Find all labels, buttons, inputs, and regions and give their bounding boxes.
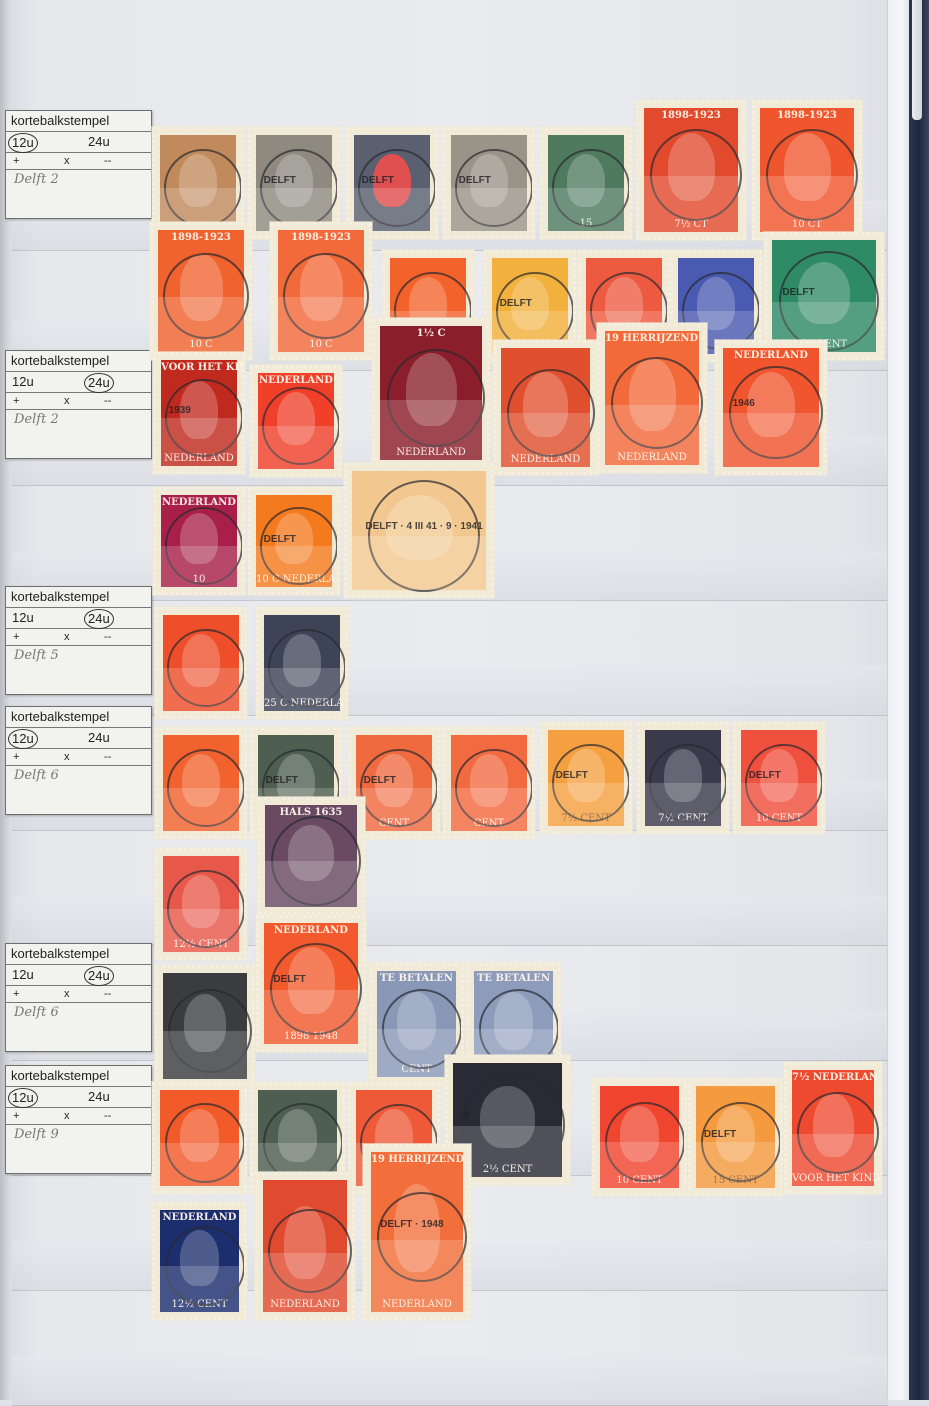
hour-24-option: 24u	[84, 373, 114, 393]
label-title: kortebalkstempel	[6, 111, 151, 132]
postmark-text: DELFT	[362, 175, 394, 186]
label-title: kortebalkstempel	[6, 351, 151, 372]
plus-mark: +	[13, 154, 19, 168]
stamp[interactable]: 1898-192310 CT	[752, 100, 862, 240]
sleeve-glare	[645, 783, 721, 826]
stamp-design: 15 CENTDELFT	[696, 1086, 775, 1188]
sleeve-glare	[264, 668, 340, 711]
sleeve-glare	[600, 1142, 679, 1188]
dash-mark: --	[104, 987, 111, 1001]
handwritten-note: Delft 5	[6, 646, 151, 694]
stamp-top-text: 1898-1923	[278, 232, 364, 243]
stamp-album-page: kortebalkstempel12u24u+x--Delft 2korteba…	[0, 0, 929, 1400]
plus-mark: +	[13, 394, 19, 408]
dash-mark: --	[104, 750, 111, 764]
stamp-top-text: NEDERLAND	[160, 1212, 239, 1223]
sleeve-glare	[163, 788, 239, 831]
postmark-text: DELFT	[266, 775, 298, 786]
label-title: kortebalkstempel	[6, 707, 151, 728]
stamp[interactable]	[152, 1082, 247, 1194]
postmark-text: DELFT	[273, 974, 305, 985]
postmark-text: DELFT · 1948	[380, 1219, 443, 1230]
hour-12-option: 12u	[8, 1088, 38, 1108]
x-mark: x	[64, 394, 70, 408]
stamp-design: DELFT	[451, 135, 527, 231]
x-mark: x	[64, 154, 70, 168]
sleeve-glare	[548, 188, 624, 231]
sleeve-glare	[258, 426, 334, 469]
sleeve-glare	[163, 1031, 247, 1079]
hour-24-option: 24u	[88, 729, 110, 747]
sleeve-glare	[723, 413, 819, 467]
stamp-design: DELFT	[256, 135, 332, 231]
stamp[interactable]: 7½ NEDERLAND 7½VOOR HET KIND	[784, 1062, 882, 1194]
stamp[interactable]: NEDERLAND10	[153, 487, 245, 595]
stamp[interactable]: NEDERLAND	[255, 1172, 355, 1320]
stamp-design: 15	[548, 135, 624, 231]
stamp-design: DELFT	[354, 135, 430, 231]
stamp[interactable]: 7½ CENT	[637, 722, 729, 834]
stamp[interactable]: NEDERLAND1946	[715, 340, 827, 475]
stamp-design: 7½ CENTDELFT	[548, 730, 624, 826]
stamp[interactable]: NEDERLAND12½ CENT	[152, 1202, 247, 1320]
stamp-design	[163, 735, 239, 831]
sleeve-glare	[371, 1240, 463, 1312]
x-mark: x	[64, 1109, 70, 1123]
sleeve-glare	[278, 297, 364, 352]
stamp[interactable]: NEDERLAND	[250, 365, 342, 477]
postmark-text: 9	[464, 1111, 470, 1122]
stamp-design: NEDERLAND	[263, 1180, 347, 1312]
stamp-top-text: 1898-1923	[644, 110, 738, 121]
sleeve-glare	[792, 1134, 874, 1186]
stamp[interactable]	[155, 727, 247, 839]
postmark-text: DELFT	[364, 775, 396, 786]
sleeve-glare	[356, 788, 432, 831]
stamp-top-text: 7½ NEDERLAND 7½	[792, 1072, 874, 1083]
plus-mark: +	[13, 630, 19, 644]
stamp-top-text: NEDERLAND	[258, 375, 334, 386]
hour-24-option: 24u	[88, 1088, 110, 1106]
dash-mark: --	[104, 1109, 111, 1123]
stamp-design: 25 C NEDERLAND	[264, 615, 340, 711]
stamp-top-text: TE BETALEN	[377, 973, 456, 984]
sleeve-glare	[548, 783, 624, 826]
sleeve-glare	[160, 1266, 239, 1312]
stamp-design: NEDERLAND1898 1948DELFT	[264, 923, 358, 1044]
stamp-design: 19 HERRIJZEND 45NEDERLANDDELFT · 1948	[371, 1152, 463, 1312]
postmark-text: DELFT	[556, 770, 588, 781]
handwritten-note: Delft 6	[6, 766, 151, 814]
sleeve-glare	[605, 405, 699, 465]
binder-ring	[912, 0, 922, 120]
stamp-design: 1898-19237½ CT	[644, 108, 738, 232]
stamp-design: 1½ CNEDERLAND	[380, 326, 482, 460]
stamp-top-text: VOOR HET KIND	[161, 362, 237, 373]
sleeve-glare	[760, 176, 854, 232]
stamp-design: NEDERLAND1946	[723, 348, 819, 467]
stamp-design: 1898-192310 C	[278, 230, 364, 352]
cancel-type-label: kortebalkstempel12u24u+x--Delft 2	[5, 110, 152, 219]
postmark-text: DELFT	[264, 534, 296, 545]
stamp[interactable]: 15	[540, 127, 632, 239]
cancel-type-label: kortebalkstempel12u24u+x--Delft 6	[5, 706, 152, 815]
stamp-design: CENT	[451, 735, 527, 831]
stamp[interactable]: 1898-192310 C	[270, 222, 372, 360]
stamp[interactable]: NEDERLAND	[493, 340, 598, 475]
stamp-design: 1898-192310 CT	[760, 108, 854, 232]
stamp[interactable]: DELFT · 4 III 41 · 9 · 1941	[344, 463, 494, 598]
postmark-text: DELFT	[264, 175, 296, 186]
page-right-margin	[887, 0, 910, 1400]
handwritten-note: Delft 2	[6, 410, 151, 458]
stamp-design: 30 CENTDELFT	[772, 240, 876, 352]
handwritten-note: Delft 9	[6, 1125, 151, 1173]
postmark-text: 1946	[733, 398, 755, 409]
handwritten-note: Delft 6	[6, 1003, 151, 1051]
postmark-text: DELFT · 4 III 41 · 9 · 1941	[365, 521, 482, 532]
stamp-top-text: TE BETALEN	[474, 973, 553, 984]
stamp[interactable]: 19 HERRIJZEND 45NEDERLANDDELFT · 1948	[363, 1144, 471, 1320]
sleeve-glare	[256, 546, 332, 587]
stamp[interactable]: 10 CENT	[592, 1078, 687, 1196]
plus-mark: +	[13, 750, 19, 764]
sleeve-glare	[161, 418, 237, 466]
stamp-top-text: 1898-1923	[158, 232, 244, 243]
stamp[interactable]: HALS 1635	[257, 797, 365, 915]
postmark-text: DELFT	[500, 298, 532, 309]
stamp[interactable]: VOOR HET KINDNEDERLAND1939	[153, 352, 245, 474]
hour-12-option: 12u	[8, 133, 38, 153]
stamp[interactable]: 12½ CENT	[155, 848, 247, 960]
dash-mark: --	[104, 154, 111, 168]
cancel-type-label: kortebalkstempel12u24u+x--Delft 9	[5, 1065, 152, 1174]
hour-24-option: 24u	[84, 609, 114, 629]
hour-24-option: 24u	[84, 966, 114, 986]
stamp-design: 19 HERRIJZEND 45NEDERLAND	[605, 331, 699, 465]
x-mark: x	[64, 987, 70, 1001]
postmark-text: 1939	[169, 405, 191, 416]
hour-12-option: 12u	[12, 373, 34, 391]
hour-12-option: 12u	[12, 609, 34, 627]
stamp-design: NEDERLAND	[501, 348, 590, 467]
dash-mark: --	[104, 630, 111, 644]
stamp-design: 12½ CENT	[163, 856, 239, 952]
sleeve-glare	[265, 861, 357, 907]
stamp-design: CENTDELFT	[356, 735, 432, 831]
sleeve-glare	[263, 1253, 347, 1312]
label-title: kortebalkstempel	[6, 1066, 151, 1087]
sleeve-glare	[352, 536, 486, 590]
stamp-design	[160, 1090, 239, 1186]
stamp-top-text: 1898-1923	[760, 110, 854, 121]
stamp[interactable]: DELFT	[443, 127, 535, 239]
stamp-top-text: 1½ C	[380, 328, 482, 339]
postmark-text: DELFT	[749, 770, 781, 781]
stamp-design: 7½ NEDERLAND 7½VOOR HET KIND	[792, 1070, 874, 1186]
postmark-text: DELFT	[704, 1129, 736, 1140]
cancel-type-label: kortebalkstempel12u24u+x--Delft 6	[5, 943, 152, 1052]
postmark-text: DELFT	[782, 287, 814, 298]
sleeve-glare	[158, 297, 244, 352]
stamp-design: 7½ CENT	[645, 730, 721, 826]
album-binder	[909, 0, 929, 1400]
stamp[interactable]: NEDERLAND1898 1948DELFT	[256, 915, 366, 1052]
sleeve-glare	[163, 668, 239, 711]
stamp-design: VOOR HET KINDNEDERLAND1939	[161, 360, 237, 466]
x-mark: x	[64, 750, 70, 764]
stamp-design: NEDERLAND10	[161, 495, 237, 587]
handwritten-note: Delft 2	[6, 170, 151, 218]
stamp-design: 10 CENT	[600, 1086, 679, 1188]
stamp-top-text: NEDERLAND	[264, 925, 358, 936]
stamp[interactable]: 10 C NEDERLANDDELFT	[248, 487, 340, 595]
stamp-design: 1898-192310 C	[158, 230, 244, 352]
stamp-top-text: NEDERLAND	[723, 350, 819, 361]
album-strip	[12, 835, 888, 946]
stamp[interactable]: 25 C NEDERLAND	[256, 607, 348, 719]
stamp[interactable]: CENT	[443, 727, 535, 839]
stamp[interactable]: 15 CENTDELFT	[688, 1078, 783, 1196]
stamp[interactable]	[155, 965, 255, 1087]
stamp[interactable]: 1898-19237½ CT	[636, 100, 746, 240]
stamp[interactable]: 19 HERRIJZEND 45NEDERLAND	[597, 323, 707, 473]
x-mark: x	[64, 630, 70, 644]
stamp-design	[163, 615, 239, 711]
stamp-top-text: 19 HERRIJZEND 45	[371, 1154, 463, 1165]
plus-mark: +	[13, 1109, 19, 1123]
sleeve-glare	[644, 176, 738, 232]
hour-12-option: 12u	[12, 966, 34, 984]
stamp[interactable]: 1½ CNEDERLAND	[372, 318, 490, 468]
sleeve-glare	[160, 1143, 239, 1186]
sleeve-glare	[380, 400, 482, 460]
stamp-design	[163, 973, 247, 1079]
stamp-top-text: 19 HERRIJZEND 45	[605, 333, 699, 344]
label-title: kortebalkstempel	[6, 944, 151, 965]
sleeve-glare	[696, 1142, 775, 1188]
stamp-design: NEDERLAND12½ CENT	[160, 1210, 239, 1312]
stamp-design: 10 CENTDELFT	[741, 730, 817, 826]
postmark-text: DELFT	[459, 175, 491, 186]
label-title: kortebalkstempel	[6, 587, 151, 608]
stamp[interactable]: 10 CENTDELFT	[733, 722, 825, 834]
stamp-design: DELFT · 4 III 41 · 9 · 1941	[352, 471, 486, 590]
dash-mark: --	[104, 394, 111, 408]
cancel-type-label: kortebalkstempel12u24u+x--Delft 5	[5, 586, 152, 695]
sleeve-glare	[264, 990, 358, 1044]
hour-24-option: 24u	[88, 133, 110, 151]
cancel-type-label: kortebalkstempel12u24u+x--Delft 2	[5, 350, 152, 459]
sleeve-glare	[163, 909, 239, 952]
stamp[interactable]: 1898-192310 C	[150, 222, 252, 360]
sleeve-glare	[451, 188, 527, 231]
stamp-design: NEDERLAND	[258, 373, 334, 469]
stamp[interactable]: 7½ CENTDELFT	[540, 722, 632, 834]
stamp-design: 10 C NEDERLANDDELFT	[256, 495, 332, 587]
stamp[interactable]	[155, 607, 247, 719]
stamp-design: HALS 1635	[265, 805, 357, 907]
sleeve-glare	[741, 783, 817, 826]
stamp-design	[160, 135, 236, 231]
sleeve-glare	[451, 788, 527, 831]
sleeve-glare	[501, 413, 590, 467]
sleeve-glare	[161, 546, 237, 587]
hour-12-option: 12u	[8, 729, 38, 749]
plus-mark: +	[13, 987, 19, 1001]
